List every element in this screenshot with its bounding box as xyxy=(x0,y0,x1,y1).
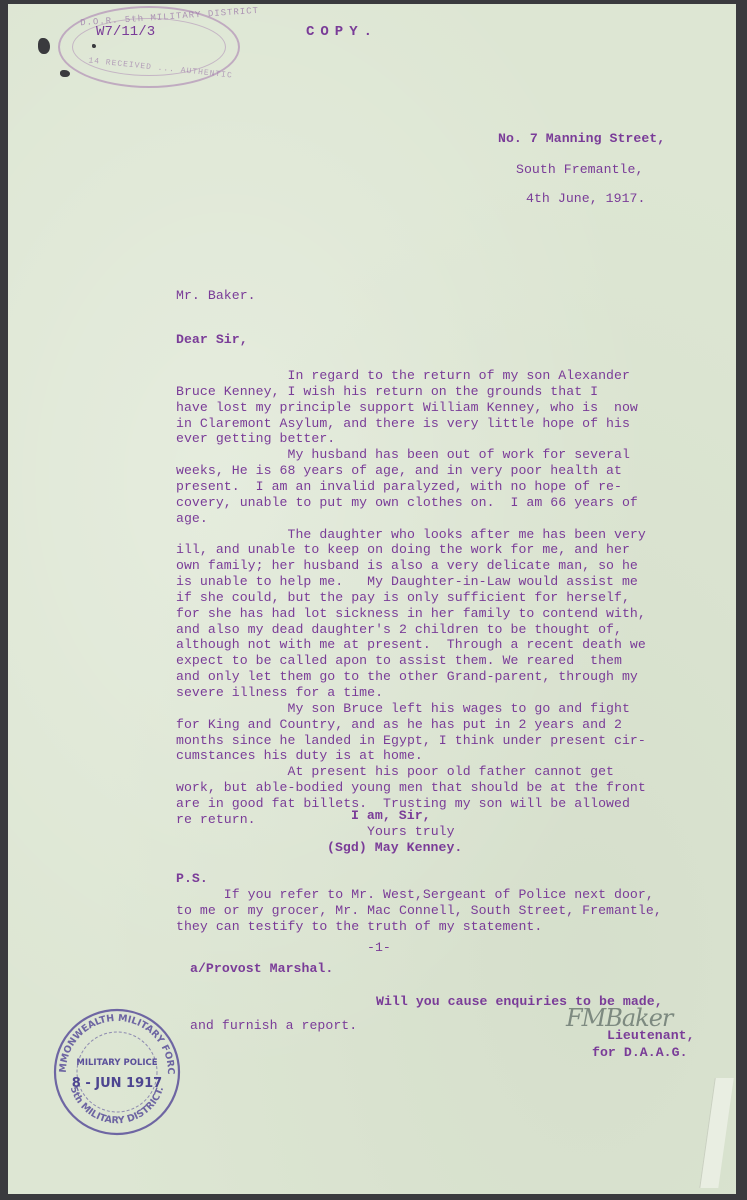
letter-body-line: weeks, He is 68 years of age, and in ver… xyxy=(176,463,622,480)
letter-body-line: if she could, but the pay is only suffic… xyxy=(176,590,630,607)
closing-line-2: Yours truly xyxy=(367,824,455,841)
letter-body-line: At present his poor old father cannot ge… xyxy=(176,764,614,781)
letter-body-line: although not with me at present. Through… xyxy=(176,637,646,654)
letter-body-line: Bruce Kenney, I wish his return on the g… xyxy=(176,384,598,401)
letter-body-line: My son Bruce left his wages to go and fi… xyxy=(176,701,630,718)
paper-damage xyxy=(60,70,70,77)
postscript-line: If you refer to Mr. West,Sergeant of Pol… xyxy=(176,887,654,904)
letter-body-line: present. I am an invalid paralyzed, with… xyxy=(176,479,622,496)
letter-body-line: covery, unable to put my own clothes on.… xyxy=(176,495,638,512)
letter-body-line: ever getting better. xyxy=(176,431,335,448)
salutation: Dear Sir, xyxy=(176,332,248,349)
letter-body-line: The daughter who looks after me has been… xyxy=(176,527,646,544)
letter-body-line: are in good fat billets. Trusting my son… xyxy=(176,796,630,813)
letter-body-line: In regard to the return of my son Alexan… xyxy=(176,368,630,385)
letter-body-line: age. xyxy=(176,511,208,528)
copy-label: COPY. xyxy=(306,24,378,41)
officer-rank: Lieutenant, xyxy=(607,1028,695,1045)
postscript-line: they can testify to the truth of my stat… xyxy=(176,919,542,936)
letter-body-line: My husband has been out of work for seve… xyxy=(176,447,630,464)
letter-body-line: is unable to help me. My Daughter-in-Law… xyxy=(176,574,638,591)
letter-body-line: have lost my principle support William K… xyxy=(176,400,638,417)
address-line-1: No. 7 Manning Street, xyxy=(498,131,665,148)
letter-body-line: for she has had lot sickness in her fami… xyxy=(176,606,646,623)
letter-date: 4th June, 1917. xyxy=(526,191,645,208)
recipient: Mr. Baker. xyxy=(176,288,256,305)
officer-office: for D.A.A.G. xyxy=(592,1045,688,1062)
letter-body-line: expect to be called apon to assist them.… xyxy=(176,653,622,670)
military-police-stamp: COMMONWEALTH MILITARY FORCES 5th MILITAR… xyxy=(50,1007,184,1137)
page-number: -1- xyxy=(367,940,391,957)
closing-signature: (Sgd) May Kenney. xyxy=(327,840,462,857)
stamp-date: 8 - JUN 1917 xyxy=(72,1076,162,1091)
letter-body-line: and only let them go to the other Grand-… xyxy=(176,669,638,686)
letter-body-line: severe illness for a time. xyxy=(176,685,383,702)
letter-body-line: work, but able-bodied young men that sho… xyxy=(176,780,646,797)
letter-body-line: months since he landed in Egypt, I think… xyxy=(176,733,646,750)
received-stamp: D.O.R. 5th MILITARY DISTRICT 14 RECEIVED… xyxy=(58,6,240,88)
minute-addressee: a/Provost Marshal. xyxy=(190,961,333,978)
letter-body-line: ill, and unable to keep on doing the wor… xyxy=(176,542,630,559)
paper-fold xyxy=(699,1078,733,1188)
letter-body-line: and also my dead daughter's 2 children t… xyxy=(176,622,622,639)
stamp-center-label: MILITARY POLICE xyxy=(76,1058,157,1068)
document-page: D.O.R. 5th MILITARY DISTRICT 14 RECEIVED… xyxy=(8,4,736,1194)
letter-body-line: own family; her husband is also a very d… xyxy=(176,558,638,575)
minute-line-2: and furnish a report. xyxy=(190,1018,357,1035)
letter-body-line: cumstances his duty is at home. xyxy=(176,748,423,765)
letter-body-line: in Claremont Asylum, and there is very l… xyxy=(176,416,630,433)
file-reference: W7/11/3 xyxy=(96,24,155,41)
letter-body-line: re return. xyxy=(176,812,256,829)
paper-damage xyxy=(38,38,50,54)
address-line-2: South Fremantle, xyxy=(516,162,643,179)
letter-body-line: for King and Country, and as he has put … xyxy=(176,717,622,734)
postscript-line: to me or my grocer, Mr. Mac Connell, Sou… xyxy=(176,903,662,920)
postscript-label: P.S. xyxy=(176,871,208,888)
